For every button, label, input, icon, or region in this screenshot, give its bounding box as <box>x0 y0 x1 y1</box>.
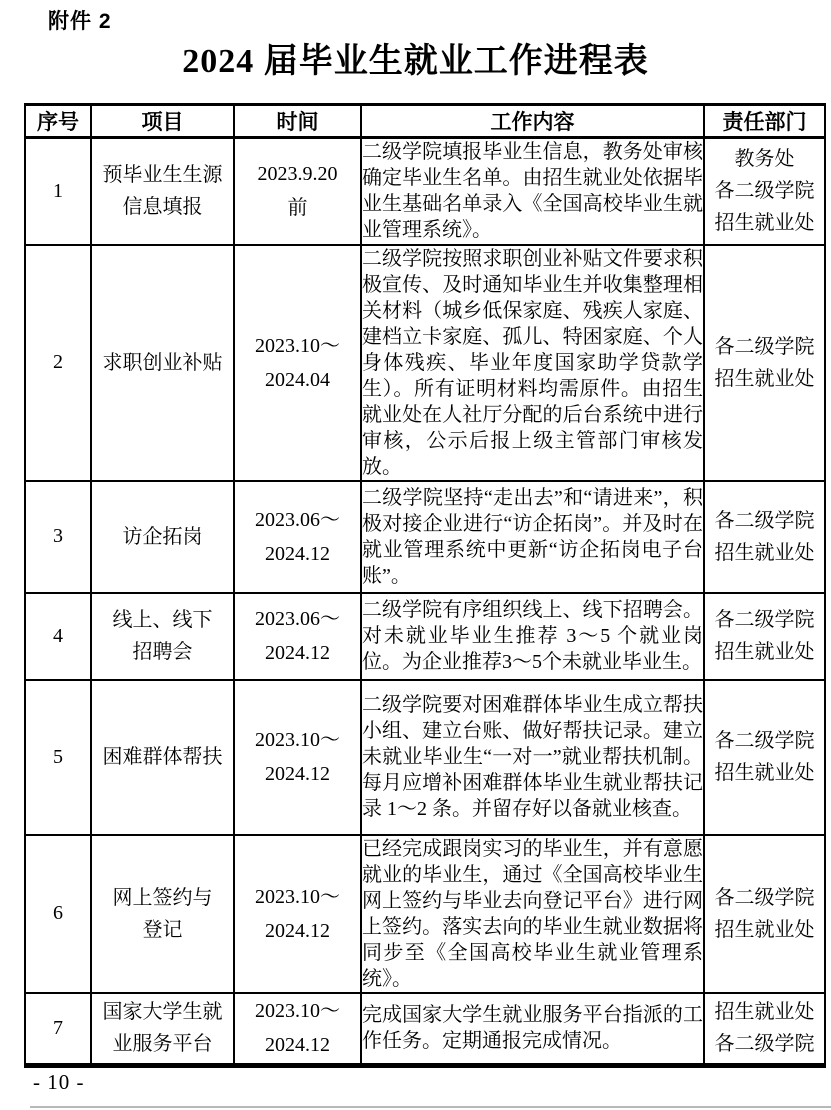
cell-project: 预毕业生生源 信息填报 <box>91 138 234 245</box>
header-department: 责任部门 <box>704 105 825 138</box>
cell-department: 各二级学院 招生就业处 <box>704 835 825 993</box>
table-row: 2求职创业补贴2023.10～ 2024.04二级学院按照求职创业补贴文件要求积… <box>25 245 825 481</box>
cell-time: 2023.06～ 2024.12 <box>234 593 361 680</box>
page-title: 2024 届毕业生就业工作进程表 <box>0 33 831 82</box>
page-bottom-divider <box>30 1106 831 1108</box>
cell-content: 二级学院有序组织线上、线下招聘会。对未就业毕业生推荐 3～5 个就业岗位。为企业… <box>361 593 704 680</box>
table-row: 4线上、线下 招聘会2023.06～ 2024.12二级学院有序组织线上、线下招… <box>25 593 825 680</box>
header-no: 序号 <box>25 105 91 138</box>
cell-content: 二级学院要对困难群体毕业生成立帮扶小组、建立台账、做好帮扶记录。建立未就业毕业生… <box>361 680 704 835</box>
progress-table: 序号 项目 时间 工作内容 责任部门 1预毕业生生源 信息填报2023.9.20… <box>24 103 826 1068</box>
table-row: 3访企拓岗2023.06～ 2024.12二级学院坚持“走出去”和“请进来”，积… <box>25 481 825 593</box>
cell-no: 1 <box>25 138 91 245</box>
cell-department: 各二级学院 招生就业处 <box>704 245 825 481</box>
table-row: 5困难群体帮扶2023.10～ 2024.12二级学院要对困难群体毕业生成立帮扶… <box>25 680 825 835</box>
table-header-row: 序号 项目 时间 工作内容 责任部门 <box>25 105 825 138</box>
cell-no: 2 <box>25 245 91 481</box>
cell-content: 已经完成跟岗实习的毕业生，并有意愿就业的毕业生，通过《全国高校毕业生网上签约与毕… <box>361 835 704 993</box>
cell-time: 2023.10～ 2024.04 <box>234 245 361 481</box>
table-row: 7国家大学生就 业服务平台2023.10～ 2024.12完成国家大学生就业服务… <box>25 993 825 1066</box>
header-content: 工作内容 <box>361 105 704 138</box>
cell-time: 2023.10～ 2024.12 <box>234 835 361 993</box>
cell-time: 2023.9.20 前 <box>234 138 361 245</box>
cell-no: 5 <box>25 680 91 835</box>
cell-time: 2023.10～ 2024.12 <box>234 993 361 1066</box>
table-row: 1预毕业生生源 信息填报2023.9.20 前二级学院填报毕业生信息，教务处审核… <box>25 138 825 245</box>
cell-department: 教务处 各二级学院 招生就业处 <box>704 138 825 245</box>
cell-no: 7 <box>25 993 91 1066</box>
cell-content: 二级学院填报毕业生信息，教务处审核确定毕业生名单。由招生就业处依据毕业生基础名单… <box>361 138 704 245</box>
cell-department: 各二级学院 招生就业处 <box>704 593 825 680</box>
cell-no: 3 <box>25 481 91 593</box>
document-page: { "page": { "attachment_label": "附件 2", … <box>0 0 831 1110</box>
cell-no: 4 <box>25 593 91 680</box>
cell-time: 2023.10～ 2024.12 <box>234 680 361 835</box>
attachment-label: 附件 2 <box>48 5 112 35</box>
cell-project: 访企拓岗 <box>91 481 234 593</box>
cell-no: 6 <box>25 835 91 993</box>
cell-time: 2023.06～ 2024.12 <box>234 481 361 593</box>
cell-department: 各二级学院 招生就业处 <box>704 481 825 593</box>
cell-project: 国家大学生就 业服务平台 <box>91 993 234 1066</box>
cell-department: 招生就业处 各二级学院 <box>704 993 825 1066</box>
cell-project: 困难群体帮扶 <box>91 680 234 835</box>
header-project: 项目 <box>91 105 234 138</box>
cell-department: 各二级学院 招生就业处 <box>704 680 825 835</box>
cell-project: 线上、线下 招聘会 <box>91 593 234 680</box>
page-number: - 10 - <box>33 1070 85 1095</box>
header-time: 时间 <box>234 105 361 138</box>
cell-content: 二级学院按照求职创业补贴文件要求积极宣传、及时通知毕业生并收集整理相关材料（城乡… <box>361 245 704 481</box>
cell-project: 网上签约与 登记 <box>91 835 234 993</box>
table-row: 6网上签约与 登记2023.10～ 2024.12已经完成跟岗实习的毕业生，并有… <box>25 835 825 993</box>
cell-content: 二级学院坚持“走出去”和“请进来”，积极对接企业进行“访企拓岗”。并及时在就业管… <box>361 481 704 593</box>
table-body: 1预毕业生生源 信息填报2023.9.20 前二级学院填报毕业生信息，教务处审核… <box>25 138 825 1066</box>
cell-content: 完成国家大学生就业服务平台指派的工作任务。定期通报完成情况。 <box>361 993 704 1066</box>
cell-project: 求职创业补贴 <box>91 245 234 481</box>
